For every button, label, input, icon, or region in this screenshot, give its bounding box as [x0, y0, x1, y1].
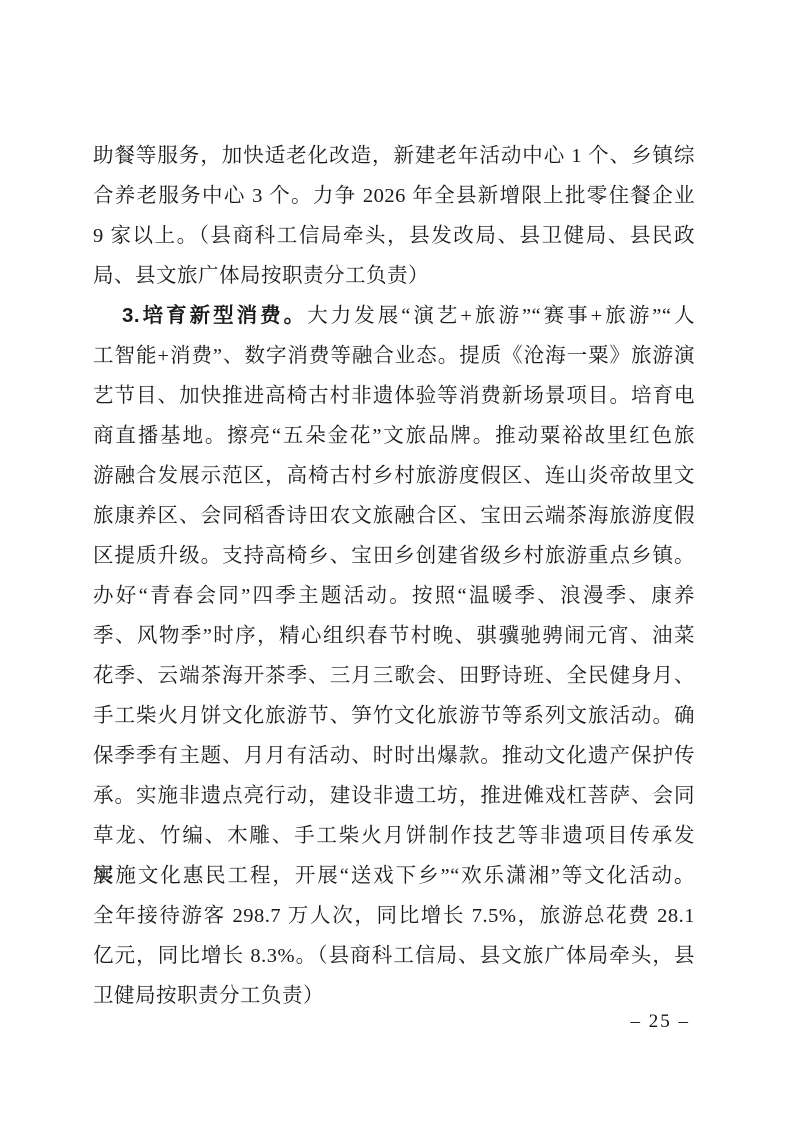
text-line: 保季季有主题、月月有活动、时时出爆款。推动文化遗产保护传	[93, 736, 695, 776]
text-line: 花季、云端茶海开茶季、三月三歌会、田野诗班、全民健身月、	[93, 656, 695, 696]
text-line: 商直播基地。擦亮“五朵金花”文旅品牌。推动粟裕故里红色旅	[93, 416, 695, 456]
text-line-content: 艺节目、加快推进高椅古村非遗体验等消费新场景项目。培育电	[93, 385, 695, 407]
text-line-content: 亿元，同比增长 8.3%。（县商科工信局、县文旅广体局牵头，县	[93, 945, 695, 967]
text-line-content: 合养老服务中心 3 个。力争 2026 年全县新增限上批零住餐企业	[93, 185, 695, 207]
text-line-content: 大力发展“演艺+旅游”“赛事+旅游”“人	[307, 305, 695, 327]
text-line-content: 游融合发展示范区，高椅古村乡村旅游度假区、连山炎帝故里文	[93, 465, 695, 487]
text-line: 助餐等服务，加快适老化改造，新建老年活动中心 1 个、乡镇综	[93, 136, 695, 176]
text-line: 卫健局按职责分工负责）	[93, 976, 695, 1016]
text-line: 手工柴火月饼文化旅游节、笋竹文化旅游节等系列文旅活动。确	[93, 696, 695, 736]
text-line-content: 全年接待游客 298.7 万人次，同比增长 7.5%，旅游总花费 28.1	[93, 905, 695, 927]
text-line: 亿元，同比增长 8.3%。（县商科工信局、县文旅广体局牵头，县	[93, 936, 695, 976]
text-line: 9 家以上。（县商科工信局牵头，县发改局、县卫健局、县民政	[93, 216, 695, 256]
paragraph-heading: 3.培育新型消费。	[122, 304, 307, 327]
text-line: 季、风物季”时序，精心组织春节村晚、骐骥驰骋闹元宵、油菜	[93, 616, 695, 656]
text-line: 全年接待游客 298.7 万人次，同比增长 7.5%，旅游总花费 28.1	[93, 896, 695, 936]
text-line: 办好“青春会同”四季主题活动。按照“温暖季、浪漫季、康养	[93, 576, 695, 616]
text-line: 艺节目、加快推进高椅古村非遗体验等消费新场景项目。培育电	[93, 376, 695, 416]
text-line-content: 手工柴火月饼文化旅游节、笋竹文化旅游节等系列文旅活动。确	[93, 705, 695, 727]
text-line: 旅康养区、会同稻香诗田农文旅融合区、宝田云端茶海旅游度假	[93, 496, 695, 536]
text-line-content: 办好“青春会同”四季主题活动。按照“温暖季、浪漫季、康养	[93, 585, 695, 607]
text-line: 合养老服务中心 3 个。力争 2026 年全县新增限上批零住餐企业	[93, 176, 695, 216]
text-line: 实施文化惠民工程，开展“送戏下乡”“欢乐潇湘”等文化活动。	[93, 856, 695, 896]
text-line: 局、县文旅广体局按职责分工负责）	[93, 256, 695, 296]
text-line-content: 区提质升级。支持高椅乡、宝田乡创建省级乡村旅游重点乡镇。	[93, 545, 695, 567]
text-line: 3.培育新型消费。大力发展“演艺+旅游”“赛事+旅游”“人	[93, 296, 695, 336]
page-number: – 25 –	[631, 1008, 691, 1036]
text-line-content: 局、县文旅广体局按职责分工负责）	[93, 265, 429, 287]
text-line: 游融合发展示范区，高椅古村乡村旅游度假区、连山炎帝故里文	[93, 456, 695, 496]
text-line-content: 卫健局按职责分工负责）	[93, 985, 324, 1007]
document-body: 助餐等服务，加快适老化改造，新建老年活动中心 1 个、乡镇综合养老服务中心 3 …	[93, 136, 695, 1016]
text-line-content: 花季、云端茶海开茶季、三月三歌会、田野诗班、全民健身月、	[93, 665, 695, 687]
text-line-content: 9 家以上。（县商科工信局牵头，县发改局、县卫健局、县民政	[93, 225, 695, 247]
text-line: 区提质升级。支持高椅乡、宝田乡创建省级乡村旅游重点乡镇。	[93, 536, 695, 576]
text-line-content: 旅康养区、会同稻香诗田农文旅融合区、宝田云端茶海旅游度假	[93, 505, 695, 527]
text-line: 草龙、竹编、木雕、手工柴火月饼制作技艺等非遗项目传承发展。	[93, 816, 695, 856]
text-line: 承。实施非遗点亮行动，建设非遗工坊，推进傩戏杠菩萨、会同	[93, 776, 695, 816]
document-page: 助餐等服务，加快适老化改造，新建老年活动中心 1 个、乡镇综合养老服务中心 3 …	[0, 0, 793, 1122]
text-line-content: 商直播基地。擦亮“五朵金花”文旅品牌。推动粟裕故里红色旅	[93, 425, 695, 447]
text-line-content: 承。实施非遗点亮行动，建设非遗工坊，推进傩戏杠菩萨、会同	[93, 785, 695, 807]
text-line-content: 实施文化惠民工程，开展“送戏下乡”“欢乐潇湘”等文化活动。	[93, 865, 695, 887]
text-line-content: 保季季有主题、月月有活动、时时出爆款。推动文化遗产保护传	[93, 745, 695, 767]
text-line-content: 季、风物季”时序，精心组织春节村晚、骐骥驰骋闹元宵、油菜	[93, 625, 695, 647]
text-line: 工智能+消费”、数字消费等融合业态。提质《沧海一粟》旅游演	[93, 336, 695, 376]
text-line-content: 助餐等服务，加快适老化改造，新建老年活动中心 1 个、乡镇综	[93, 145, 695, 167]
text-line-content: 工智能+消费”、数字消费等融合业态。提质《沧海一粟》旅游演	[93, 345, 695, 367]
